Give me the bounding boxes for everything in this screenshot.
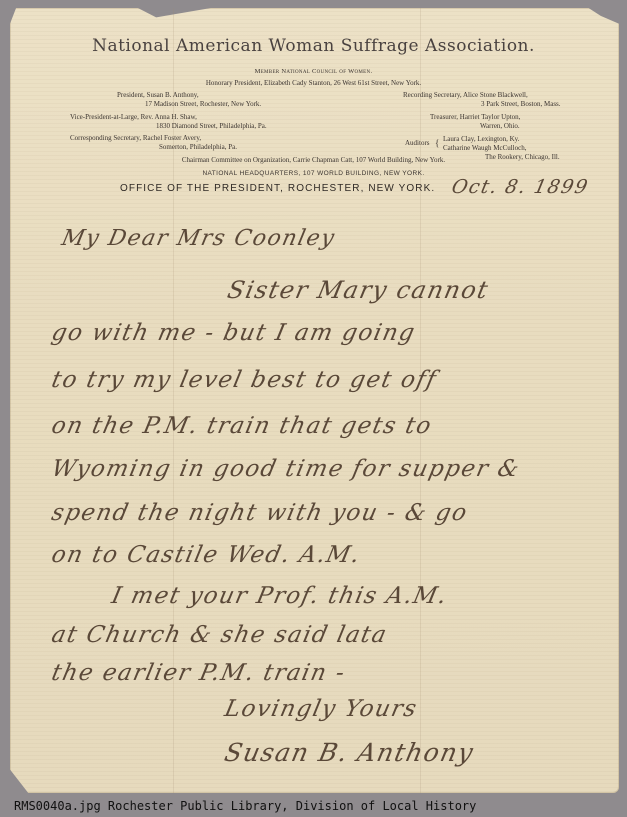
officer-vice-president: Vice-President-at-Large, Rev. Anna H. Sh… — [70, 113, 350, 131]
letter-line: on to Castile Wed. A.M. — [49, 542, 363, 568]
officer-address: 3 Park Street, Boston, Mass. — [403, 100, 613, 109]
officer-address: 1830 Diamond Street, Philadelphia, Pa. — [70, 122, 350, 131]
letter-line: Wyoming in good time for supper & — [49, 456, 522, 482]
officer-recording-secretary: Recording Secretary, Alice Stone Blackwe… — [403, 91, 613, 109]
officer-role: Corresponding Secretary, Rachel Foster A… — [70, 134, 201, 142]
auditors-label: Auditors — [405, 139, 430, 148]
officer-address: Somerton, Philadelphia, Pa. — [70, 143, 350, 152]
letter-line: go with me - but I am going — [49, 320, 418, 346]
officer-president: President, Susan B. Anthony, 17 Madison … — [117, 91, 357, 109]
brace: { — [435, 135, 439, 152]
officer-corresponding-secretary: Corresponding Secretary, Rachel Foster A… — [70, 134, 350, 152]
letter-line: to try my level best to get off — [49, 367, 439, 393]
officer-treasurer: Treasurer, Harriet Taylor Upton, Warren,… — [430, 113, 620, 131]
officer-role: Recording Secretary, Alice Stone Blackwe… — [403, 91, 528, 99]
office-line: OFFICE OF THE PRESIDENT, ROCHESTER, NEW … — [120, 183, 435, 194]
officer-role: President, Susan B. Anthony, — [117, 91, 199, 99]
letter-line: Sister Mary cannot — [225, 276, 492, 304]
organization-title: National American Woman Suffrage Associa… — [0, 36, 627, 56]
letter-line: at Church & she said lata — [49, 622, 390, 648]
letter-line: spend the night with you - & go — [49, 500, 470, 526]
officer-role: Vice-President-at-Large, Rev. Anna H. Sh… — [70, 113, 197, 121]
letter-line: the earlier P.M. train - — [49, 660, 348, 686]
member-line: Member National Council of Women. — [0, 68, 627, 75]
letter-line: on the P.M. train that gets to — [49, 413, 434, 439]
chairman-line: Chairman Committee on Organization, Carr… — [0, 156, 627, 164]
officer-address: Warren, Ohio. — [430, 122, 620, 131]
officer-address: 17 Madison Street, Rochester, New York. — [117, 100, 357, 109]
salutation: My Dear Mrs Coonley — [59, 226, 337, 251]
image-caption: RMS0040a.jpg Rochester Public Library, D… — [14, 799, 476, 813]
fold-line — [420, 8, 421, 793]
letter-line: I met your Prof. this A.M. — [109, 583, 450, 609]
officer-role: Treasurer, Harriet Taylor Upton, — [430, 113, 520, 121]
closing: Lovingly Yours — [222, 696, 420, 722]
letter-date: Oct. 8. 1899 — [450, 176, 591, 198]
signature: Susan B. Anthony — [222, 738, 477, 767]
honorary-president: Honorary President, Elizabeth Cady Stant… — [0, 79, 627, 87]
